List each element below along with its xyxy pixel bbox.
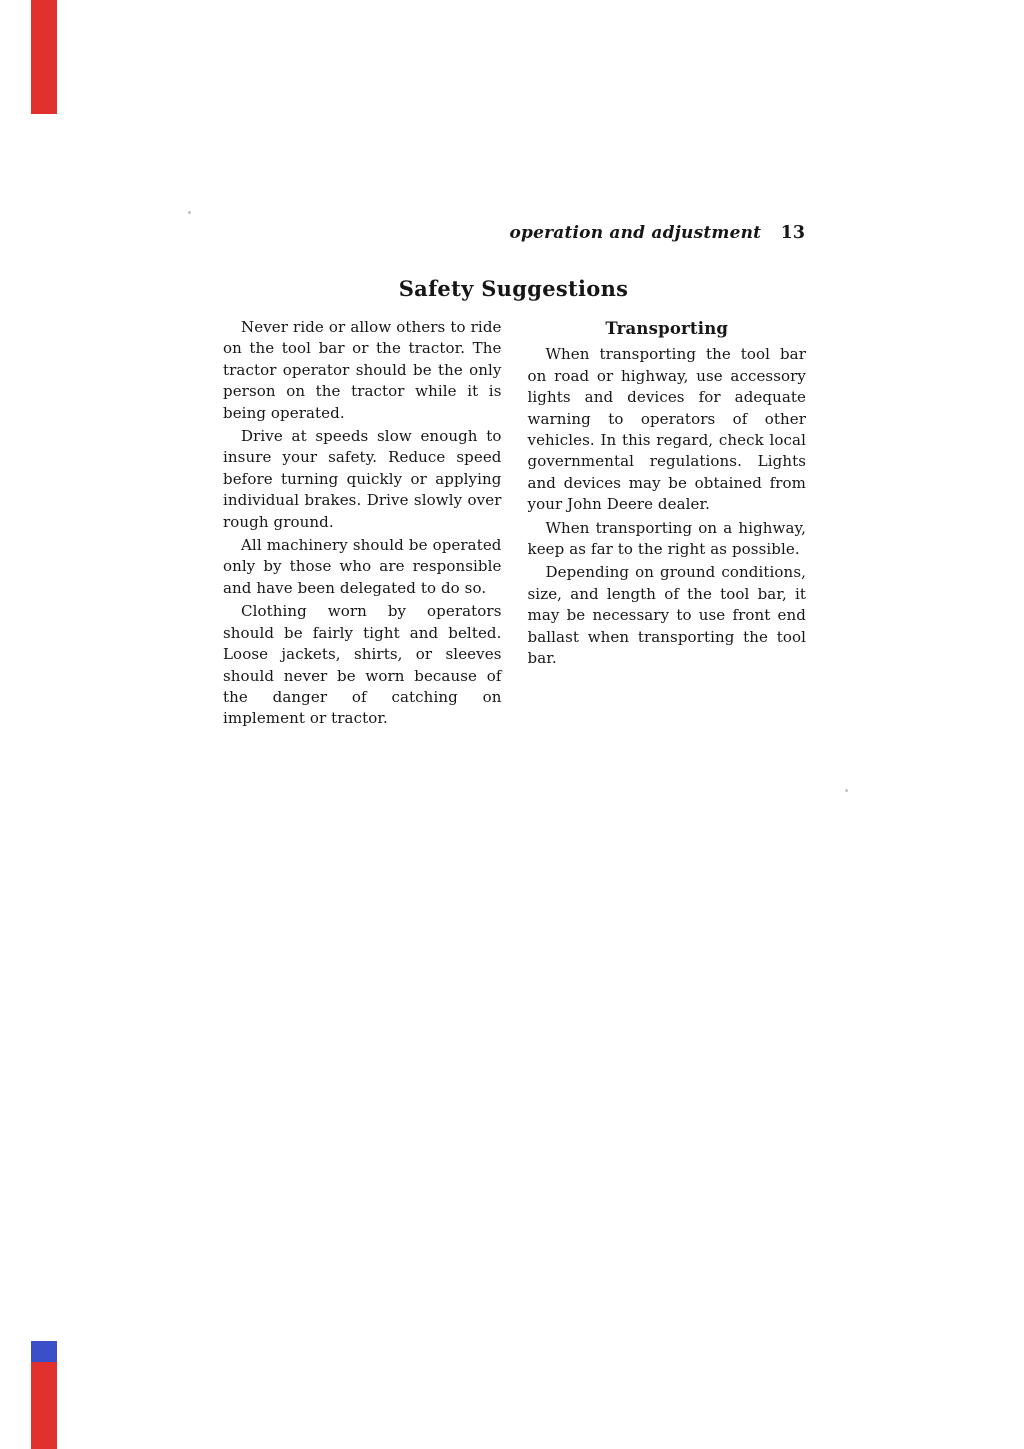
paragraph: Depending on ground conditions, size, an… [528, 562, 807, 669]
scan-edge-strip-bottom-red [31, 1362, 57, 1449]
scan-edge-strip-top-red [31, 0, 57, 114]
transporting-heading: Transporting [528, 318, 807, 339]
page-title: Safety Suggestions [222, 276, 805, 301]
scan-speck [188, 211, 191, 214]
paragraph: When transporting the tool bar on road o… [528, 344, 807, 515]
header-section-title: operation and adjustment [509, 223, 761, 243]
text-columns: Never ride or allow others to ride on th… [223, 317, 806, 732]
paragraph: Clothing worn by operators should be fai… [223, 601, 502, 729]
scan-speck [845, 789, 848, 792]
paragraph: All machinery should be operated only by… [223, 535, 502, 599]
paragraph: Drive at speeds slow enough to insure yo… [223, 426, 502, 533]
paragraph: Never ride or allow others to ride on th… [223, 317, 502, 424]
left-column: Never ride or allow others to ride on th… [223, 317, 502, 732]
right-column: Transporting When transporting the tool … [528, 317, 807, 732]
manual-page: operation and adjustment 13 Safety Sugge… [0, 0, 1024, 1449]
scan-edge-strip-bottom-blue [31, 1341, 57, 1362]
header-page-number: 13 [781, 223, 805, 243]
running-header: operation and adjustment 13 [222, 221, 805, 245]
paragraph: When transporting on a highway, keep as … [528, 518, 807, 561]
